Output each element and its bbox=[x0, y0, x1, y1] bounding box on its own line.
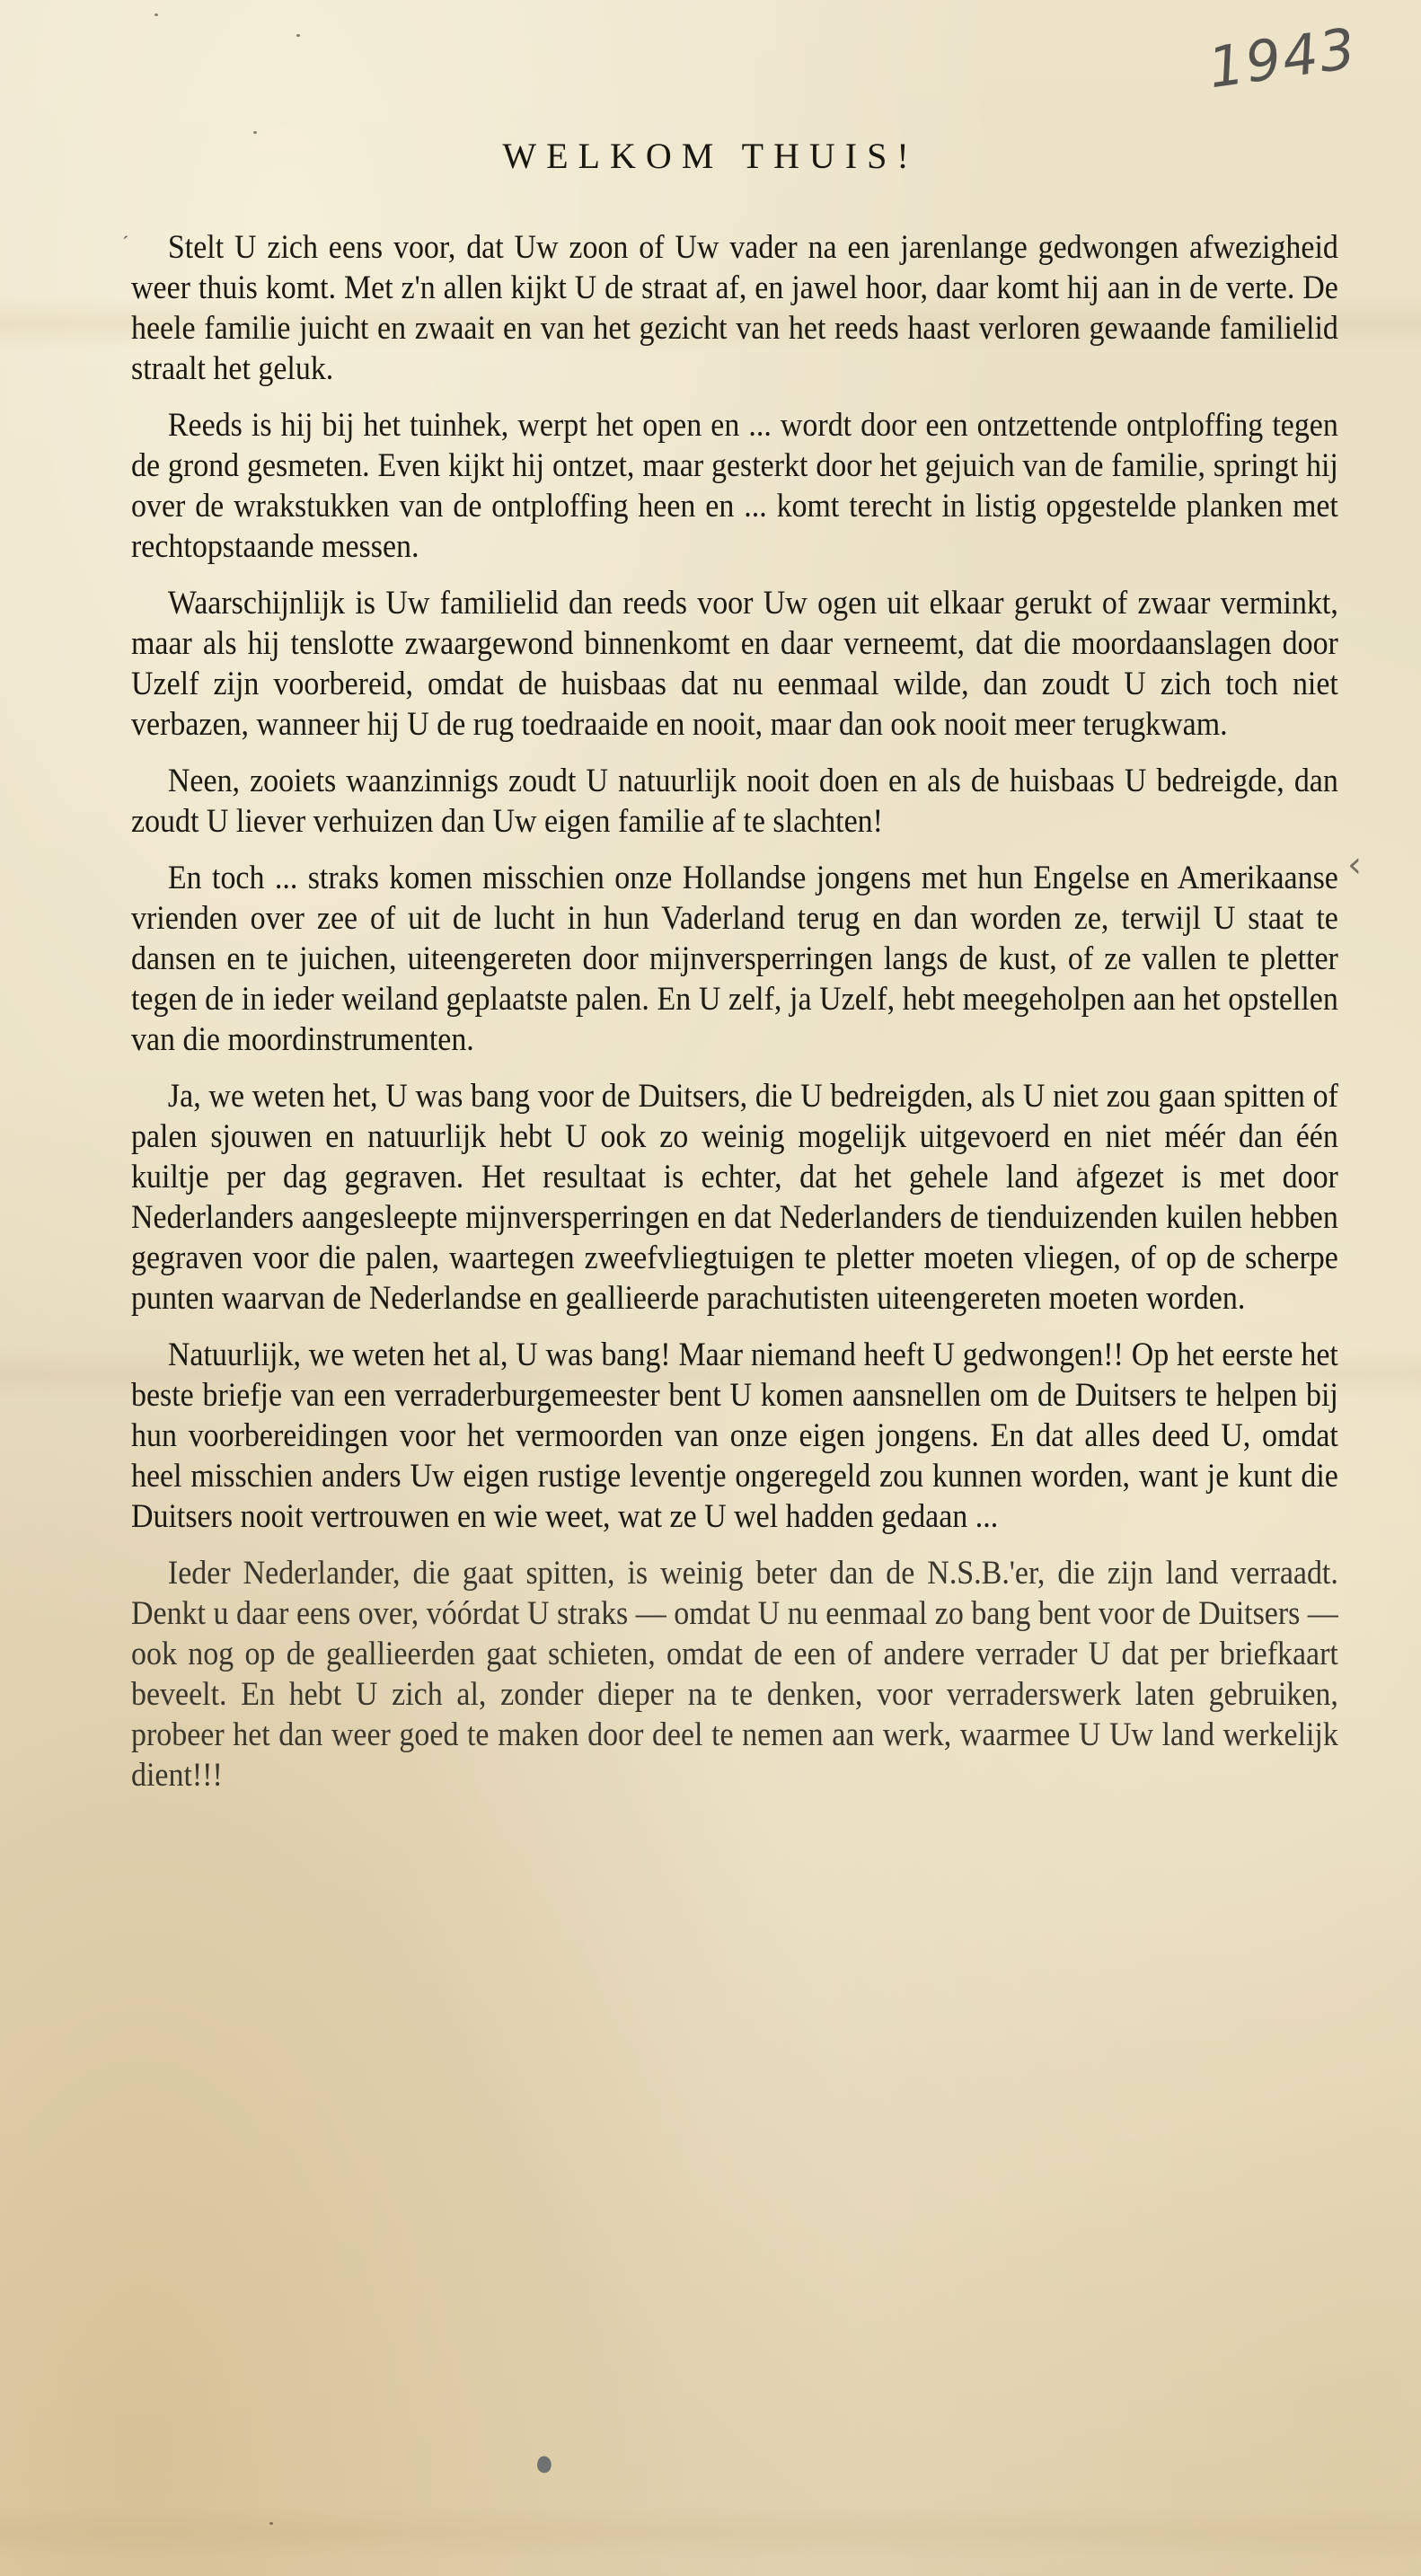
paragraph-landlord: Neen, zooiets waanzinnigs zoudt U natuur… bbox=[131, 760, 1338, 841]
paragraph-not-forced: Natuurlijk, we weten het al, U was bang!… bbox=[131, 1334, 1338, 1536]
handwritten-year-annotation: 1943 bbox=[1205, 15, 1361, 101]
paper-speck bbox=[296, 34, 300, 37]
scanned-leaflet-page: 1943 WELKOM THUIS! ˊ ‹ Stelt U zich eens… bbox=[0, 0, 1421, 2576]
paragraph-explosion: Reeds is hij bij het tuinhek, werpt het … bbox=[131, 404, 1338, 566]
paragraph-wounded: Waarschijnlijk is Uw familielid dan reed… bbox=[131, 582, 1338, 744]
paragraph-call-to-action: Ieder Nederlander, die gaat spitten, is … bbox=[131, 1552, 1338, 1795]
paragraph-afraid-of-germans: Ja, we weten het, U was bang voor de Dui… bbox=[131, 1075, 1338, 1318]
paper-speck bbox=[253, 131, 257, 134]
paragraph-welcome-scenario: Stelt U zich eens voor, dat Uw zoon of U… bbox=[131, 226, 1338, 388]
ink-blot-mark bbox=[534, 2455, 553, 2475]
margin-bracket-mark: ‹ bbox=[1347, 844, 1362, 886]
leaflet-title: WELKOM THUIS! bbox=[0, 135, 1421, 177]
paper-speck bbox=[269, 2522, 273, 2525]
paper-speck bbox=[154, 13, 158, 16]
paragraph-liberation: En toch ... straks komen misschien onze … bbox=[131, 857, 1338, 1059]
leaflet-body: Stelt U zich eens voor, dat Uw zoon of U… bbox=[131, 226, 1338, 1811]
paper-fold-shadow bbox=[0, 2506, 1421, 2560]
margin-tick-mark: ˊ bbox=[122, 232, 128, 255]
